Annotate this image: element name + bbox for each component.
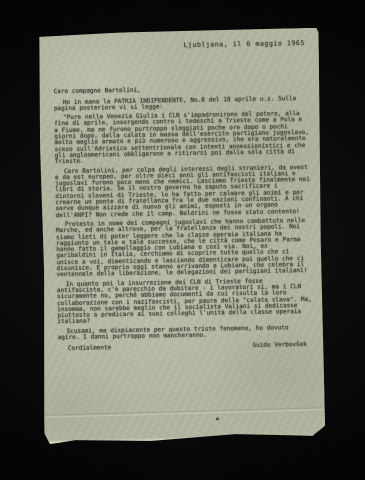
photo-background: Ljubljana, il 6 maggio 1965 Caro compagn… — [0, 0, 365, 480]
paragraph-quote: "Pure nella Venezia Giulia i CLN s'impad… — [54, 111, 310, 166]
letter-body: Ljubljana, il 6 maggio 1965 Caro compagn… — [53, 40, 313, 353]
paragraph-cln: In quanto poi la insurrezione dei CLN di… — [57, 277, 313, 325]
paragraph-trieste: Caro Bartolini, per colpa degli interess… — [55, 164, 311, 219]
letter-page: Ljubljana, il 6 maggio 1965 Caro compagn… — [38, 28, 326, 445]
closing: Cordialmente — [68, 345, 111, 352]
signature: Guido Verbovšek — [252, 342, 306, 349]
paper-speck — [216, 417, 219, 420]
paragraph-protest: Protesto in nome dei compagni jugoslavi … — [56, 218, 312, 279]
closing-row: Cordialmente Guido Verbovšek — [58, 342, 313, 353]
salutation: Caro compagno Bartolini, — [54, 85, 309, 96]
paragraph-apology: Scusami, ma dispiacente per questo trist… — [58, 325, 313, 342]
date-line: Ljubljana, il 6 maggio 1965 — [53, 40, 308, 51]
